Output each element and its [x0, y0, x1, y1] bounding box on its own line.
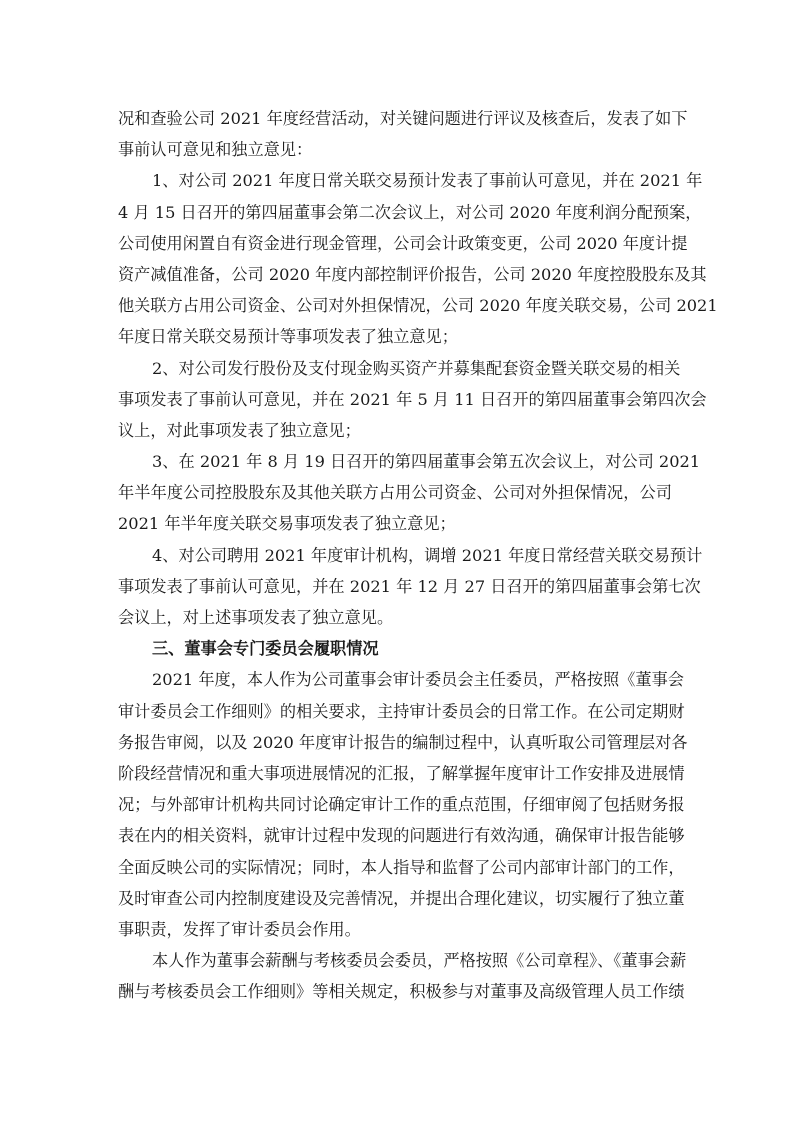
text-line: 阶段经营情况和重大事项进展情况的汇报，了解掌握年度审计工作安排及进展情	[118, 758, 672, 789]
text-line: 他关联方占用公司资金、公司对外担保情况，公司 2020 年度关联交易，公司 20…	[118, 290, 672, 321]
text-line: 4 月 15 日召开的第四届董事会第二次会议上，对公司 2020 年度利润分配预…	[118, 197, 672, 228]
text-line: 资产减值准备，公司 2020 年度内部控制评价报告，公司 2020 年度控股股东…	[118, 259, 672, 290]
document-page: 况和查验公司 2021 年度经营活动，对关键问题进行评议及核查后，发表了如下 事…	[118, 103, 672, 1007]
paragraph-audit-committee: 2021 年度，本人作为公司董事会审计委员会主任委员，严格按照《董事会 审计委员…	[118, 664, 672, 945]
text-line: 2、对公司发行股份及支付现金购买资产并募集配套资金暨关联交易的相关	[118, 353, 672, 384]
paragraph-item-3: 3、在 2021 年 8 月 19 日召开的第四届董事会第五次会议上，对公司 2…	[118, 446, 672, 540]
text-line: 表在内的相关资料，就审计过程中发现的问题进行有效沟通，确保审计报告能够	[118, 820, 672, 851]
text-line: 本人作为董事会薪酬与考核委员会委员，严格按照《公司章程》、《董事会薪	[118, 945, 672, 976]
text-line: 会议上，对上述事项发表了独立意见。	[118, 602, 672, 633]
text-line: 务报告审阅，以及 2020 年度审计报告的编制过程中，认真听取公司管理层对各	[118, 727, 672, 758]
text-line: 况；与外部审计机构共同讨论确定审计工作的重点范围，仔细审阅了包括财务报	[118, 789, 672, 820]
paragraph-item-2: 2、对公司发行股份及支付现金购买资产并募集配套资金暨关联交易的相关 事项发表了事…	[118, 353, 672, 447]
section-heading-committee-duties: 三、董事会专门委员会履职情况	[118, 633, 672, 664]
text-line: 全面反映公司的实际情况；同时，本人指导和监督了公司内部审计部门的工作，	[118, 852, 672, 883]
text-line: 2021 年半年度关联交易事项发表了独立意见；	[118, 508, 672, 539]
text-line: 1、对公司 2021 年度日常关联交易预计发表了事前认可意见，并在 2021 年	[118, 165, 672, 196]
text-line: 公司使用闲置自有资金进行现金管理，公司会计政策变更，公司 2020 年度计提	[118, 228, 672, 259]
text-line: 审计委员会工作细则》的相关要求，主持审计委员会的日常工作。在公司定期财	[118, 696, 672, 727]
text-line: 事项发表了事前认可意见，并在 2021 年 12 月 27 日召开的第四届董事会…	[118, 571, 672, 602]
text-line: 事前认可意见和独立意见：	[118, 134, 672, 165]
text-line: 年度日常关联交易预计等事项发表了独立意见；	[118, 321, 672, 352]
text-line: 议上，对此事项发表了独立意见；	[118, 415, 672, 446]
paragraph-remuneration-committee: 本人作为董事会薪酬与考核委员会委员，严格按照《公司章程》、《董事会薪 酬与考核委…	[118, 945, 672, 1007]
text-line: 4、对公司聘用 2021 年度审计机构，调增 2021 年度日常经营关联交易预计	[118, 540, 672, 571]
text-line: 酬与考核委员会工作细则》等相关规定，积极参与对董事及高级管理人员工作绩	[118, 976, 672, 1007]
text-line: 事项发表了事前认可意见，并在 2021 年 5 月 11 日召开的第四届董事会第…	[118, 384, 672, 415]
text-line: 及时审查公司内控制度建设及完善情况，并提出合理化建议，切实履行了独立董	[118, 883, 672, 914]
section-heading: 三、董事会专门委员会履职情况	[118, 633, 672, 664]
paragraph-item-1: 1、对公司 2021 年度日常关联交易预计发表了事前认可意见，并在 2021 年…	[118, 165, 672, 352]
paragraph-item-4: 4、对公司聘用 2021 年度审计机构，调增 2021 年度日常经营关联交易预计…	[118, 540, 672, 634]
text-line: 事职责，发挥了审计委员会作用。	[118, 914, 672, 945]
paragraph-opinions-intro: 况和查验公司 2021 年度经营活动，对关键问题进行评议及核查后，发表了如下 事…	[118, 103, 672, 165]
text-line: 年半年度公司控股股东及其他关联方占用公司资金、公司对外担保情况，公司	[118, 477, 672, 508]
text-line: 3、在 2021 年 8 月 19 日召开的第四届董事会第五次会议上，对公司 2…	[118, 446, 672, 477]
text-line: 况和查验公司 2021 年度经营活动，对关键问题进行评议及核查后，发表了如下	[118, 103, 672, 134]
text-line: 2021 年度，本人作为公司董事会审计委员会主任委员，严格按照《董事会	[118, 664, 672, 695]
